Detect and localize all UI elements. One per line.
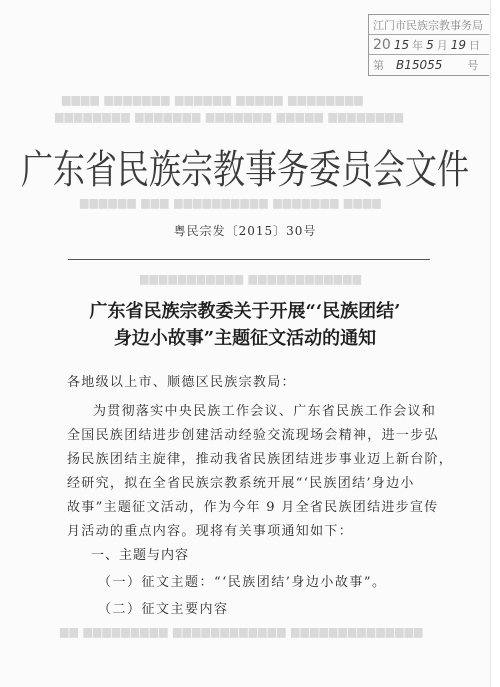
document-number: 粤民宗发〔2015〕30号 bbox=[0, 222, 490, 239]
stamp-date-row: 20 15 年 5 月 19 日 bbox=[369, 35, 489, 55]
stamp-month-handwritten: 5 bbox=[426, 38, 434, 52]
stamp-number-row: 第 B15055 号 bbox=[369, 55, 489, 74]
body-line: 经研究，拟在全省民族宗教系统开展“‘民族团结’身边小 bbox=[67, 472, 442, 496]
stamp-agency-row: 江门市民族宗教事务局 bbox=[369, 15, 489, 35]
body-line: 为贯彻落实中央民族工作会议、广东省民族工作会议和 bbox=[67, 400, 442, 424]
stamp-agency: 江门市民族宗教事务局 bbox=[373, 17, 483, 33]
stamp-year-prefix: 20 bbox=[373, 37, 391, 53]
bleed-through-text: ▆▆▆▆ ▆▆▆▆▆▆▆ ▆▆▆▆▆▆ ▆▆▆▆▆ ▆▆▆▆▆▆▆▆ bbox=[62, 93, 364, 106]
body-line: 月活动的重点内容。现将有关事项通知如下： bbox=[67, 520, 442, 544]
notice-title: 广东省民族宗教委关于开展“‘民族团结’ 身边小故事”主题征文活动的通知 bbox=[0, 298, 490, 352]
document-page: ▆▆▆▆ ▆▆▆▆▆▆▆ ▆▆▆▆▆▆ ▆▆▆▆▆ ▆▆▆▆▆▆▆▆ ▆▆▆▆▆… bbox=[0, 0, 491, 687]
stamp-year-label: 年 bbox=[412, 37, 423, 53]
body-line: 扬民族团结主旋律，推动我省民族团结进步事业迈上新台阶， bbox=[67, 448, 442, 472]
stamp-number-label: 第 bbox=[373, 57, 384, 73]
stamp-day-label: 日 bbox=[469, 37, 480, 53]
stamp-month-label: 月 bbox=[437, 37, 448, 53]
bleed-through-text: ▆▆▆▆▆▆▆▆▆▆▆ ▆▆▆▆▆▆▆▆▆▆▆▆ bbox=[140, 272, 362, 285]
notice-title-line-2: 身边小故事”主题征文活动的通知 bbox=[0, 325, 490, 352]
stamp-year-handwritten: 15 bbox=[394, 38, 409, 52]
bleed-through-text: ▆▆▆▆▆▆ ▆▆▆ ▆▆▆▆▆▆▆▆▆▆ ▆▆▆▆▆▆▆ ▆▆▆▆ bbox=[80, 196, 382, 209]
received-stamp: 江门市民族宗教事务局 20 15 年 5 月 19 日 第 B15055 号 bbox=[368, 14, 489, 76]
body-line: 全国民族团结进步创建活动经验交流现场会精神，进一步弘 bbox=[67, 424, 442, 448]
bleed-through-text: ▆▆ ▆▆▆▆▆▆▆▆▆ ▆▆▆▆▆▆▆▆▆▆▆▆ ▆▆▆▆▆▆▆▆▆▆▆▆▆▆ bbox=[60, 625, 424, 638]
notice-title-line-1: 广东省民族宗教委关于开展“‘民族团结’ bbox=[0, 298, 490, 325]
stamp-day-handwritten: 19 bbox=[451, 38, 466, 52]
stamp-number-handwritten: B15055 bbox=[396, 58, 442, 72]
body-paragraph: 为贯彻落实中央民族工作会议、广东省民族工作会议和 全国民族团结进步创建活动经验交… bbox=[67, 400, 442, 544]
section-heading-theme-content: 一、主题与内容 bbox=[91, 544, 189, 563]
document-masthead: 广东省民族宗教事务委员会文件 bbox=[0, 138, 490, 196]
masthead-divider bbox=[68, 259, 430, 260]
body-line: 故事”主题征文活动，作为今年 9 月全省民族团结进步宣传 bbox=[67, 496, 442, 520]
subsection-essay-content: （二）征文主要内容 bbox=[98, 598, 229, 617]
salutation: 各地级以上市、顺德区民族宗教局： bbox=[67, 371, 442, 395]
bleed-through-text: ▆▆▆▆▆▆▆▆ ▆▆▆▆▆▆▆ ▆▆▆▆▆▆▆ ▆▆▆▆▆ ▆▆▆▆▆▆▆▆ bbox=[55, 110, 404, 123]
stamp-number-suffix: 号 bbox=[467, 57, 478, 73]
subsection-essay-theme: （一）征文主题：“‘民族团结’身边小故事”。 bbox=[98, 571, 387, 590]
